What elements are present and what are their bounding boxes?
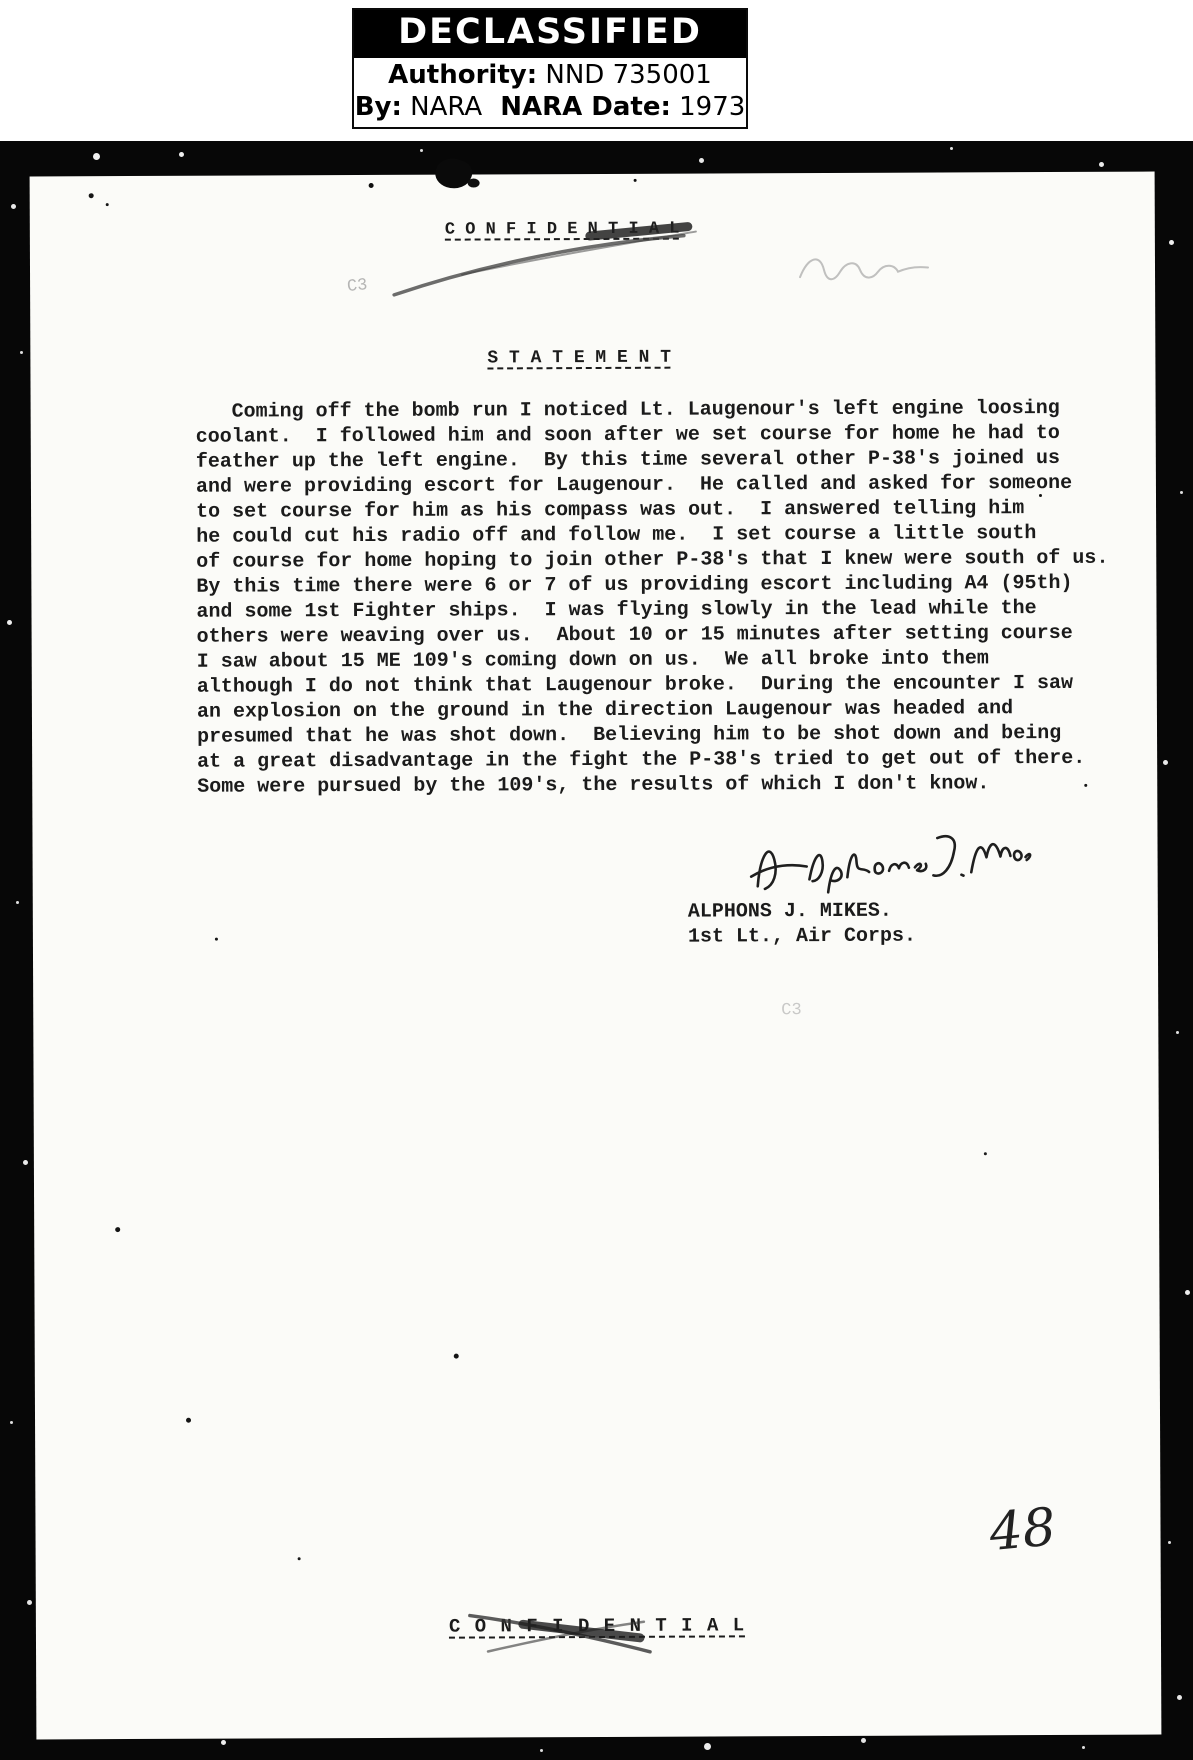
- authority-label: Authority:: [388, 60, 537, 90]
- authority-value: NND 735001: [545, 60, 711, 90]
- scan-background: C O N F I D E N T I A L C3 S T A T E M E…: [0, 141, 1193, 1760]
- date-label: NARA Date:: [500, 92, 671, 122]
- document-page: C O N F I D E N T I A L C3 S T A T E M E…: [30, 172, 1162, 1740]
- pencil-strike-top: [394, 227, 696, 295]
- date-value: 1973: [679, 92, 745, 122]
- pencil-strike-bottom: [470, 1615, 650, 1653]
- scan-noise-white: [0, 141, 3, 144]
- declassified-title: DECLASSIFIED: [354, 10, 746, 58]
- stamp-background-strip: DECLASSIFIED Authority: NND 735001 By: N…: [0, 0, 1193, 141]
- authority-line: Authority: NND 735001: [354, 58, 746, 90]
- by-value: NARA: [410, 92, 482, 122]
- by-label: By:: [355, 92, 402, 122]
- pencil-scribble: [800, 259, 928, 280]
- scanned-document-screen: DECLASSIFIED Authority: NND 735001 By: N…: [0, 0, 1193, 1760]
- declassified-stamp: DECLASSIFIED Authority: NND 735001 By: N…: [352, 8, 748, 129]
- pencil-marks-overlay: [30, 172, 1162, 1740]
- by-line: By: NARANARA Date: 1973: [354, 90, 746, 127]
